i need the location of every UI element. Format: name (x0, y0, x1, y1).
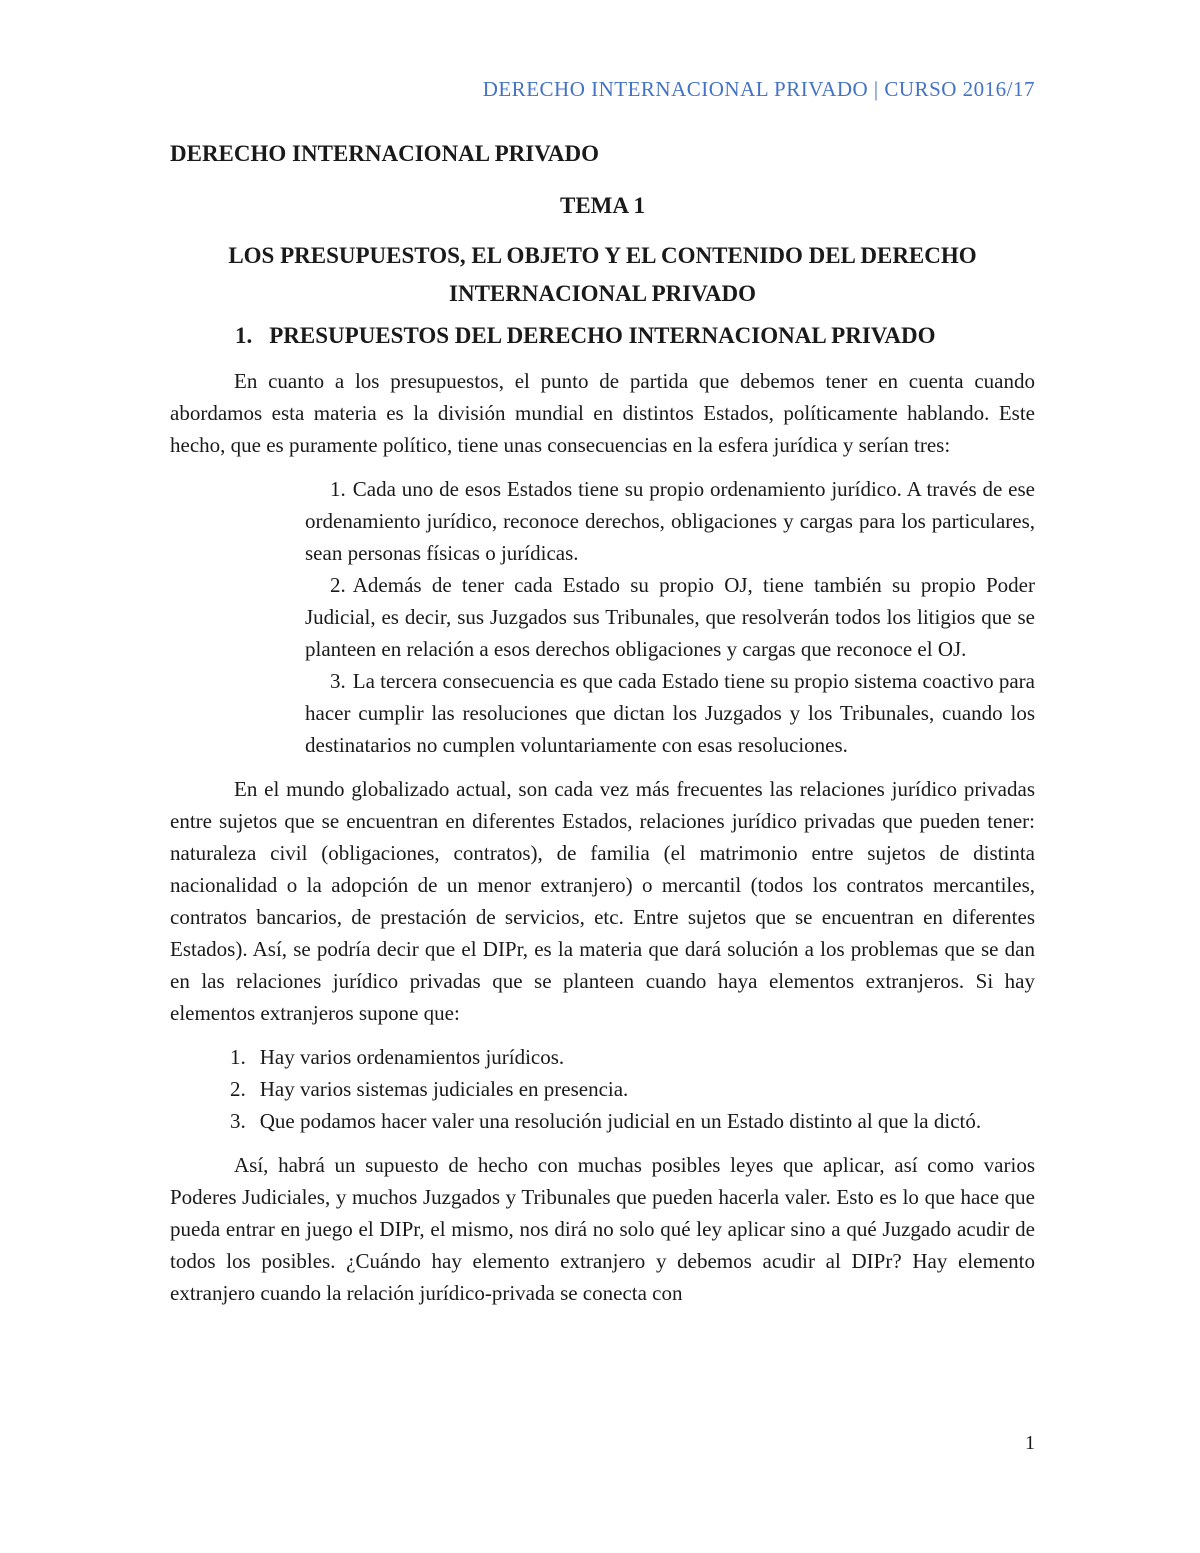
section-number: 1. (235, 323, 252, 348)
list-item-text: Cada uno de esos Estados tiene su propio… (305, 477, 1035, 565)
page-header: DERECHO INTERNACIONAL PRIVADO | CURSO 20… (170, 75, 1035, 103)
paragraph-presupuestos: En cuanto a los presupuestos, el punto d… (170, 365, 1035, 461)
list-item-number: 2. (230, 1077, 246, 1101)
list-item: 3.La tercera consecuencia es que cada Es… (170, 665, 1035, 761)
tema-heading: TEMA 1 (170, 191, 1035, 221)
chapter-title: LOS PRESUPUESTOS, EL OBJETO Y EL CONTENI… (208, 237, 998, 313)
list-item-text: Hay varios ordenamientos jurídicos. (260, 1045, 564, 1069)
list-item-number: 3. (230, 1109, 246, 1133)
list-item-text: La tercera consecuencia es que cada Esta… (305, 669, 1035, 757)
list-item: 1.Hay varios ordenamientos jurídicos. (170, 1041, 1035, 1073)
list-item-text: Que podamos hacer valer una resolución j… (260, 1109, 981, 1133)
list-item-text: Además de tener cada Estado su propio OJ… (305, 573, 1035, 661)
paragraph-mundo-globalizado: En el mundo globalizado actual, son cada… (170, 773, 1035, 1029)
consequences-list: 1.Cada uno de esos Estados tiene su prop… (170, 473, 1035, 761)
list-item: 2.Hay varios sistemas judiciales en pres… (170, 1073, 1035, 1105)
list-item: 2.Además de tener cada Estado su propio … (170, 569, 1035, 665)
section-1-heading: 1.PRESUPUESTOS DEL DERECHO INTERNACIONAL… (170, 321, 1035, 351)
list-item-number: 3. (330, 669, 346, 693)
list-item-number: 1. (230, 1045, 246, 1069)
document-page: DERECHO INTERNACIONAL PRIVADO | CURSO 20… (0, 0, 1200, 1553)
document-title: DERECHO INTERNACIONAL PRIVADO (170, 139, 1035, 169)
foreign-elements-list: 1.Hay varios ordenamientos jurídicos. 2.… (170, 1041, 1035, 1137)
page-header-text: DERECHO INTERNACIONAL PRIVADO | CURSO 20… (483, 77, 1035, 101)
list-item: 3.Que podamos hacer valer una resolución… (170, 1105, 1035, 1137)
paragraph-supuesto-de-hecho: Así, habrá un supuesto de hecho con much… (170, 1149, 1035, 1309)
section-heading-text: PRESUPUESTOS DEL DERECHO INTERNACIONAL P… (269, 323, 935, 348)
list-item-text: Hay varios sistemas judiciales en presen… (260, 1077, 629, 1101)
list-item: 1.Cada uno de esos Estados tiene su prop… (170, 473, 1035, 569)
list-item-number: 2. (330, 573, 346, 597)
list-item-number: 1. (330, 477, 346, 501)
page-number: 1 (1025, 1432, 1035, 1455)
